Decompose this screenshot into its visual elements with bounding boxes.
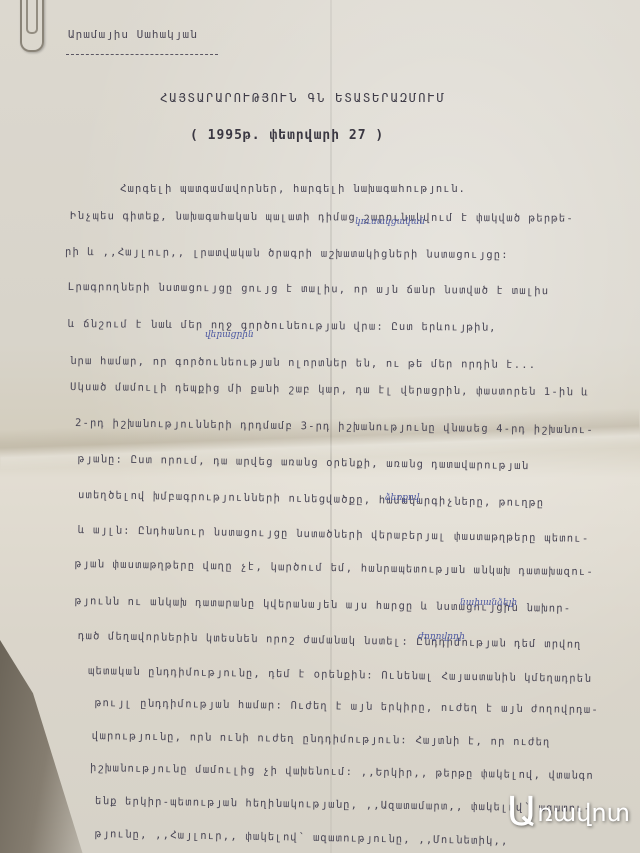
paperclip-icon xyxy=(20,0,44,52)
document-title: ՀԱՅՏԱՐԱՐՈՒԹՅՈՒՆ ԳՆ ԵՏԱՏԵՐԱԶՄՈՒՄ xyxy=(160,91,446,105)
handwritten-note: վերացրին xyxy=(205,330,254,340)
typed-line: Հարգելի պատգամավորներ, հարգելի նախագահու… xyxy=(120,183,466,195)
watermark-logo: Առավոտ xyxy=(507,789,630,835)
handwritten-note: կուսակցական xyxy=(355,217,425,227)
handwritten-note: ժողովրդի xyxy=(418,632,465,642)
author-name: Արամայիս Սահակյան xyxy=(68,28,198,41)
watermark-rest: ռավոտ xyxy=(537,800,630,827)
handwritten-note: նախանձելի xyxy=(460,598,517,608)
watermark-initial: Ա xyxy=(507,790,538,834)
author-underline xyxy=(66,54,218,55)
document-date: ( 1995թ. փետրվարի 27 ) xyxy=(190,128,384,143)
handwritten-note: ձեռքով xyxy=(385,493,419,503)
